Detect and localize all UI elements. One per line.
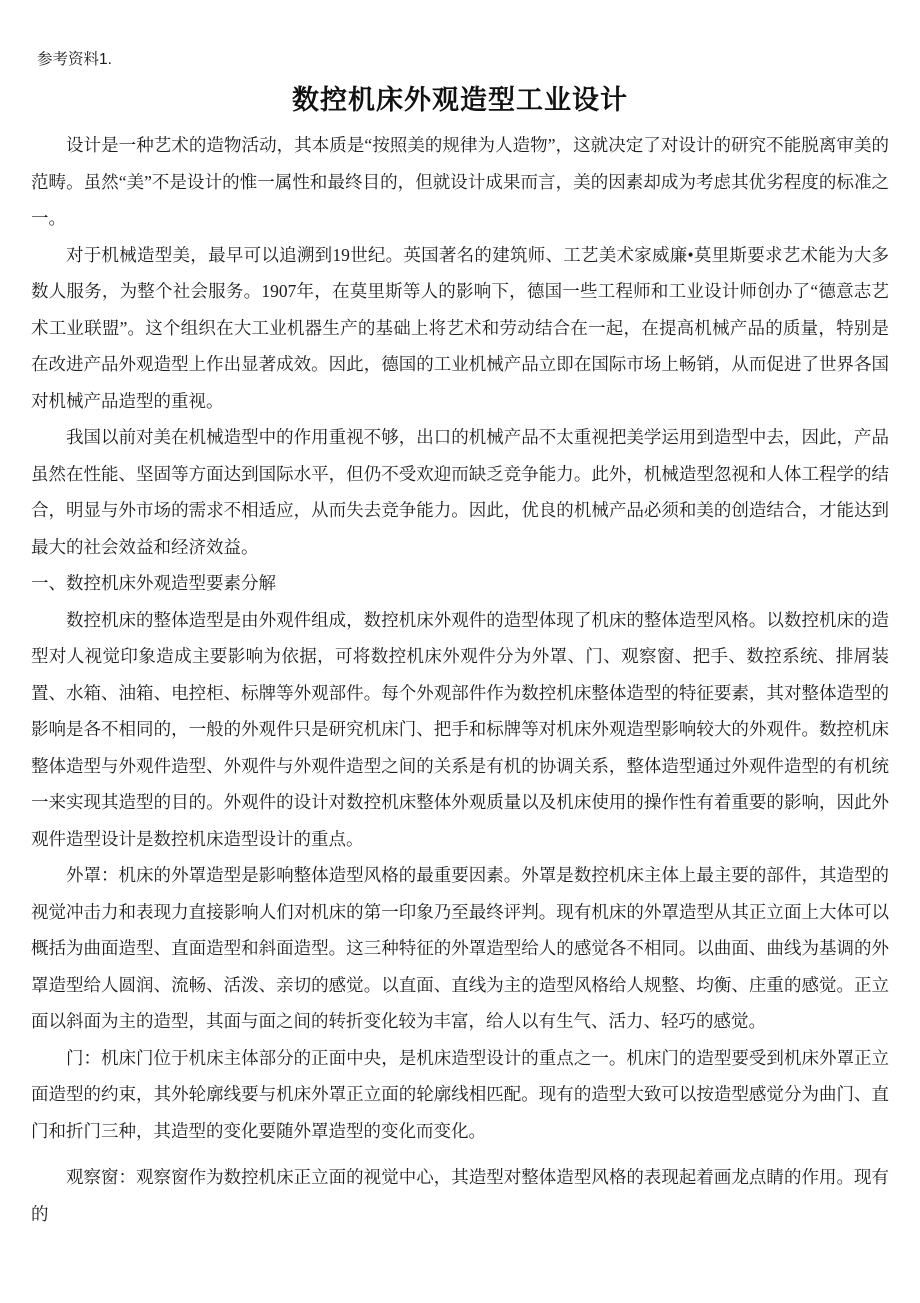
section-paragraph-cover: 外罩：机床的外罩造型是影响整体造型风格的最重要因素。外罩是数控机床主体上最主要的… <box>31 857 889 1040</box>
reference-label: 参考资料1. <box>37 50 889 69</box>
document-page: 参考资料1. 数控机床外观造型工业设计 设计是一种艺术的造物活动，其本质是“按照… <box>0 0 920 1303</box>
document-title: 数控机床外观造型工业设计 <box>31 83 889 117</box>
section-heading: 一、数控机床外观造型要素分解 <box>31 565 889 602</box>
intro-paragraph-1: 设计是一种艺术的造物活动，其本质是“按照美的规律为人造物”，这就决定了对设计的研… <box>31 127 889 237</box>
intro-paragraph-3: 我国以前对美在机械造型中的作用重视不够，出口的机械产品不太重视把美学运用到造型中… <box>31 419 889 565</box>
section-paragraph-window: 观察窗：观察窗作为数控机床正立面的视觉中心，其造型对整体造型风格的表现起着画龙点… <box>31 1159 889 1232</box>
section-paragraph-door: 门：机床门位于机床主体部分的正面中央，是机床造型设计的重点之一。机床门的造型要受… <box>31 1040 889 1150</box>
intro-paragraph-2: 对于机械造型美，最早可以追溯到19世纪。英国著名的建筑师、工艺美术家威廉•莫里斯… <box>31 237 889 420</box>
section-paragraph-elements: 数控机床的整体造型是由外观件组成，数控机床外观件的造型体现了机床的整体造型风格。… <box>31 602 889 858</box>
